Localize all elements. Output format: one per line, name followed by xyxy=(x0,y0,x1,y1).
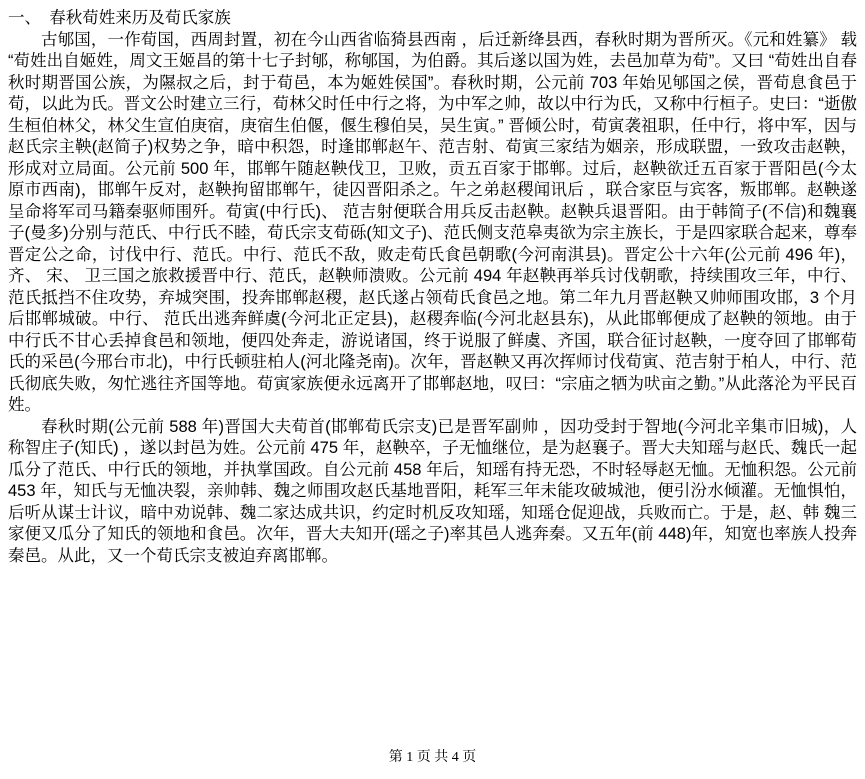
body-paragraph-1: 古郇国，一作荀国，西周封置，初在今山西省临猗县西南 ，后迁新绛县西，春秋时期为晋… xyxy=(8,30,857,417)
page-title: 一、 春秋荀姓来历及荀氏家族 xyxy=(8,8,857,30)
body-paragraph-2: 春秋时期(公元前 588 年)晋国大夫荀首(邯郸荀氏宗支)已是晋军副帅 ，因功受… xyxy=(8,417,857,568)
document-page: 一、 春秋荀姓来历及荀氏家族 古郇国，一作荀国，西周封置，初在今山西省临猗县西南… xyxy=(0,0,865,779)
page-number-footer: 第 1 页 共 4 页 xyxy=(8,749,857,769)
